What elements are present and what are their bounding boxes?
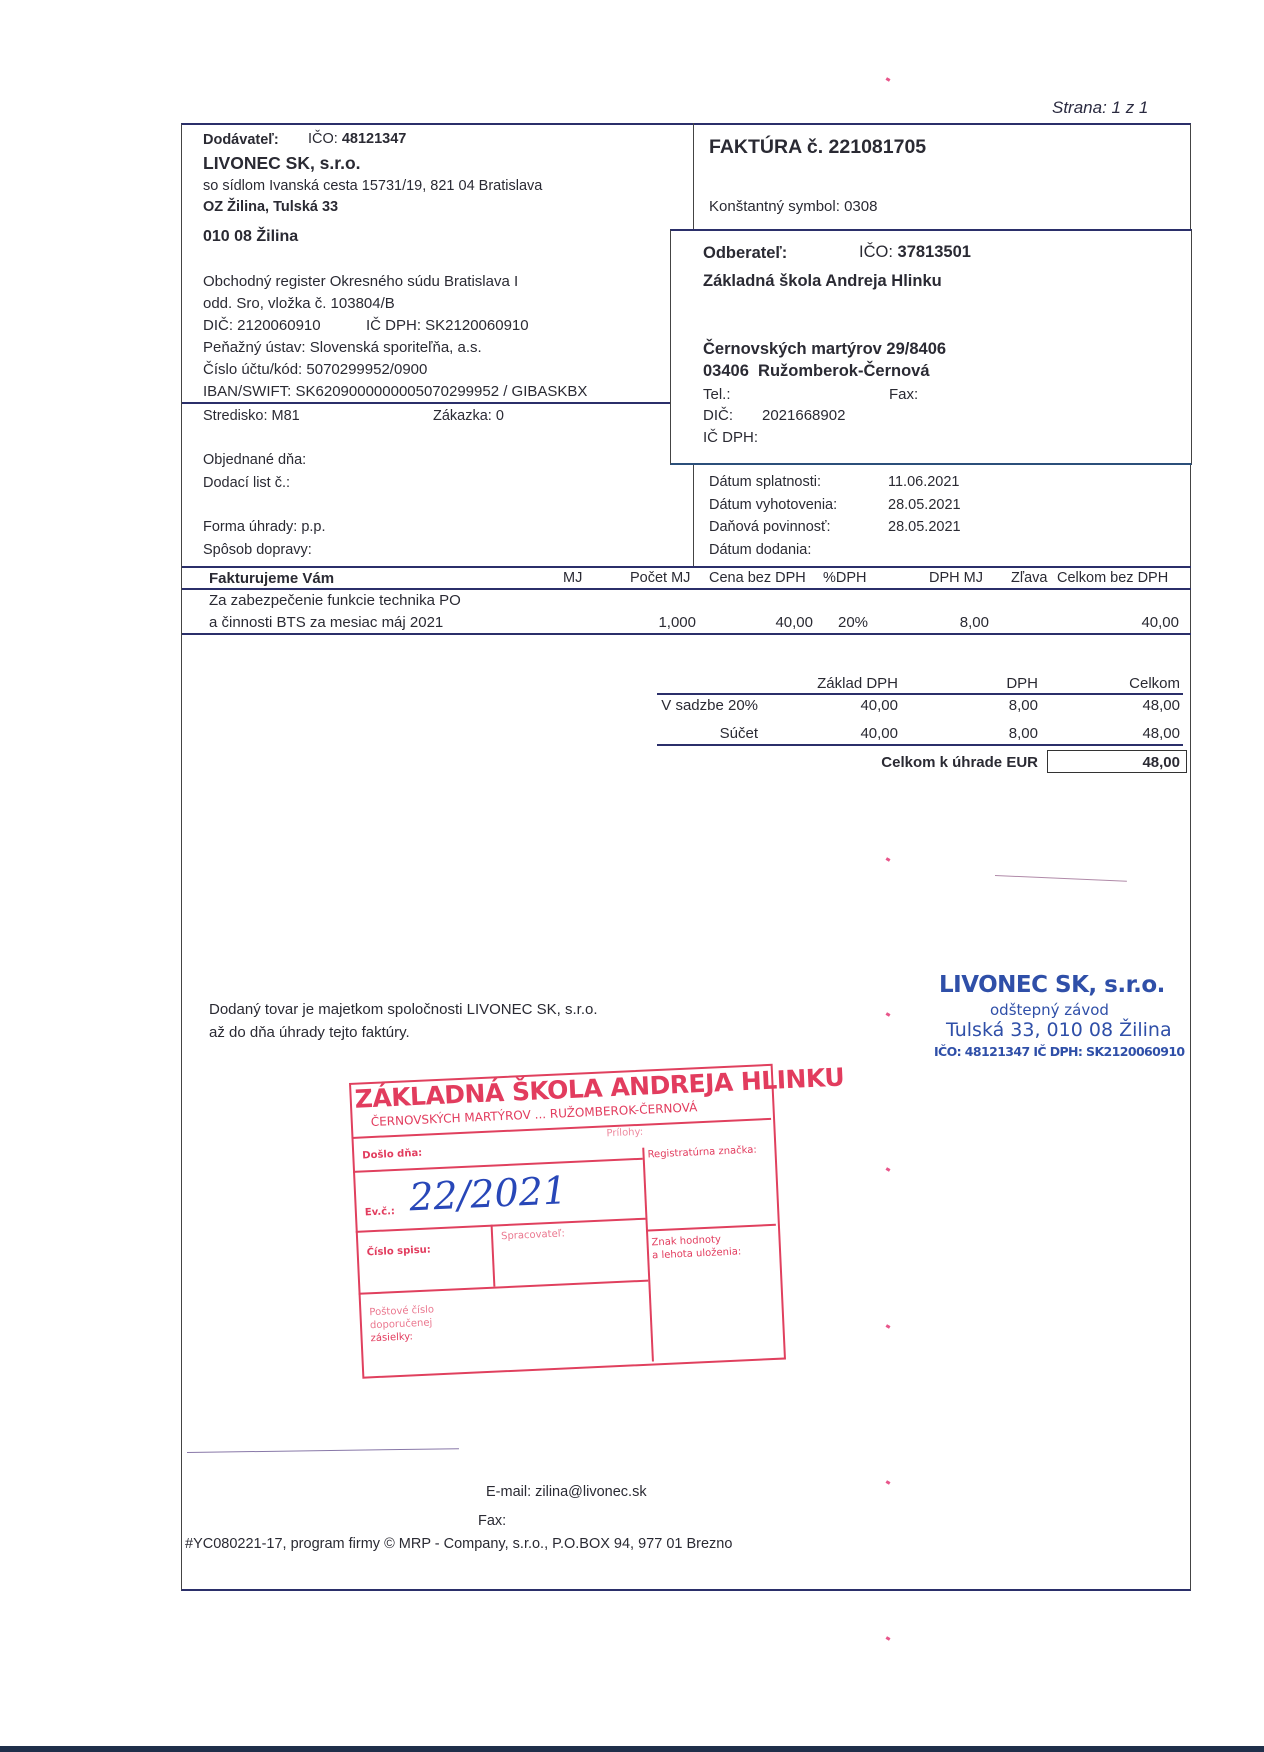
forma-uhrady: Forma úhrady: p.p. [203,519,326,535]
date-label: Dátum dodania: [709,542,811,558]
summary-zaklad: 40,00 [760,725,898,742]
date-value: 28.05.2021 [888,497,961,513]
column-divider [693,123,694,230]
invoice-title: FAKTÚRA č. 221081705 [709,136,926,159]
date-label: Dátum vyhotovenia: [709,497,837,513]
stamp-prilohy: Prílohy: [606,1127,643,1140]
customer-dic-label: DIČ: [703,407,733,424]
summary-rule [657,693,1183,695]
summary-rule [657,744,1183,746]
col-pocet: Počet MJ [630,570,690,586]
stamp-sub: odštepný závod [990,1001,1109,1019]
supplier-name: LIVONEC SK, s.r.o. [203,153,361,174]
col-dph-mj: DPH MJ [929,570,983,586]
total-value: 48,00 [1050,754,1180,771]
scan-mark [886,77,891,82]
sposob-dopravy: Spôsob dopravy: [203,542,312,558]
col-pct: %DPH [823,570,867,586]
constant-symbol: Konštantný symbol: 0308 [709,198,877,215]
scan-edge-band [0,1746,1264,1752]
stamp-ev-label: Ev.č.: [365,1206,396,1218]
customer-name: Základná škola Andreja Hlinku [703,272,942,291]
ico-value: 37813501 [898,243,971,261]
summary-zaklad: 40,00 [760,697,898,714]
table-bottom-rule [182,633,1191,635]
summary-header-dph: DPH [940,675,1038,692]
objednane-dna: Objednané dňa: [203,452,306,468]
customer-ico: IČO: 37813501 [859,243,971,262]
summary-header-zaklad: Základ DPH [760,675,898,692]
ico-label: IČO: [859,243,893,261]
supplier-seat: so sídlom Ivanská cesta 15731/19, 821 04… [203,178,542,194]
supplier-city: 010 08 Žilina [203,228,298,246]
footer-email: E-mail: zilina@livonec.sk [486,1484,647,1500]
supplier-bank: Peňažný ústav: Slovenská sporiteľňa, a.s… [203,339,482,356]
summary-celkom: 48,00 [1080,697,1180,714]
date-value: 28.05.2021 [888,519,961,535]
date-label: Dátum splatnosti: [709,474,821,490]
footer-program: #YC080221-17, program firmy © MRP - Comp… [185,1536,732,1552]
ico-label: IČO: [308,131,338,147]
supplier-account: Číslo účtu/kód: 5070299952/0900 [203,361,427,378]
stamp-ids: IČO: 48121347 IČ DPH: SK2120060910 [934,1044,1185,1059]
item-dph-mj: 8,00 [890,614,989,631]
table-header-rule [182,588,1191,590]
supplier-ic-dph: IČ DPH: SK2120060910 [366,317,529,334]
item-celkom: 40,00 [1080,614,1179,631]
summary-row-label: V sadzbe 20% [640,697,758,714]
divider [182,402,672,404]
customer-city: 03406 Ružomberok-Černová [703,362,930,381]
item-cena: 40,00 [720,614,813,631]
summary-row-label: Súčet [640,725,758,742]
col-description: Fakturujeme Vám [209,570,334,587]
ico-value: 48121347 [342,131,407,147]
summary-dph: 8,00 [940,697,1038,714]
handwritten-ev-number: 22/2021 [408,1168,568,1219]
customer-dic: 2021668902 [762,407,845,424]
customer-tel-label: Tel.: [703,386,731,403]
col-celkom: Celkom bez DPH [1057,570,1168,586]
supplier-register-2: odd. Sro, vložka č. 103804/B [203,295,395,312]
item-pocet: 1,000 [600,614,696,631]
summary-dph: 8,00 [940,725,1038,742]
customer-ic-dph-label: IČ DPH: [703,429,758,446]
column-divider [693,465,694,567]
supplier-dic: DIČ: 2120060910 [203,317,321,334]
col-zlava: Zľava [1011,570,1047,586]
date-label: Daňová povinnosť: [709,519,831,535]
total-label: Celkom k úhrade EUR [820,754,1038,771]
supplier-branch: OZ Žilina, Tulská 33 [203,199,338,215]
page-number: Strana: 1 z 1 [1052,98,1148,118]
date-value: 11.06.2021 [888,474,960,490]
stredisko: Stredisko: M81 [203,408,300,424]
item-description-2: a činnosti BTS za mesiac máj 2021 [209,614,443,631]
customer-fax-label: Fax: [889,386,918,403]
supplier-ico: IČO: 48121347 [308,131,406,147]
supplier-iban: IBAN/SWIFT: SK6209000000005070299952 / G… [203,383,587,400]
supplier-label: Dodávateľ: [203,132,279,148]
stamp-name: LIVONEC SK, s.r.o. [939,972,1165,998]
zakazka: Zákazka: 0 [433,408,504,424]
supplier-register-1: Obchodný register Okresného súdu Bratisl… [203,273,518,290]
dodaci-list: Dodací list č.: [203,475,290,491]
summary-header-celkom: Celkom [1080,675,1180,692]
item-pct: 20% [838,614,868,631]
footer-fax: Fax: [478,1513,506,1529]
item-description-1: Za zabezpečenie funkcie technika PO [209,592,461,609]
col-cena: Cena bez DPH [709,570,806,586]
summary-celkom: 48,00 [1080,725,1180,742]
customer-label: Odberateľ: [703,244,787,263]
table-top-rule [182,566,1191,568]
stamp-postove-3: zásielky: [370,1331,413,1344]
stamp-address: Tulská 33, 010 08 Žilina [946,1019,1172,1041]
ownership-note-2: až do dňa úhrady tejto faktúry. [209,1024,410,1041]
ownership-note-1: Dodaný tovar je majetkom spoločnosti LIV… [209,1001,598,1018]
scan-mark [886,1636,891,1641]
customer-street: Černovských martýrov 29/8406 [703,340,946,359]
school-registry-stamp: ZÁKLADNÁ ŠKOLA ANDREJA HLINKU ČERNOVSKÝC… [349,1064,787,1383]
col-mj: MJ [563,570,582,586]
